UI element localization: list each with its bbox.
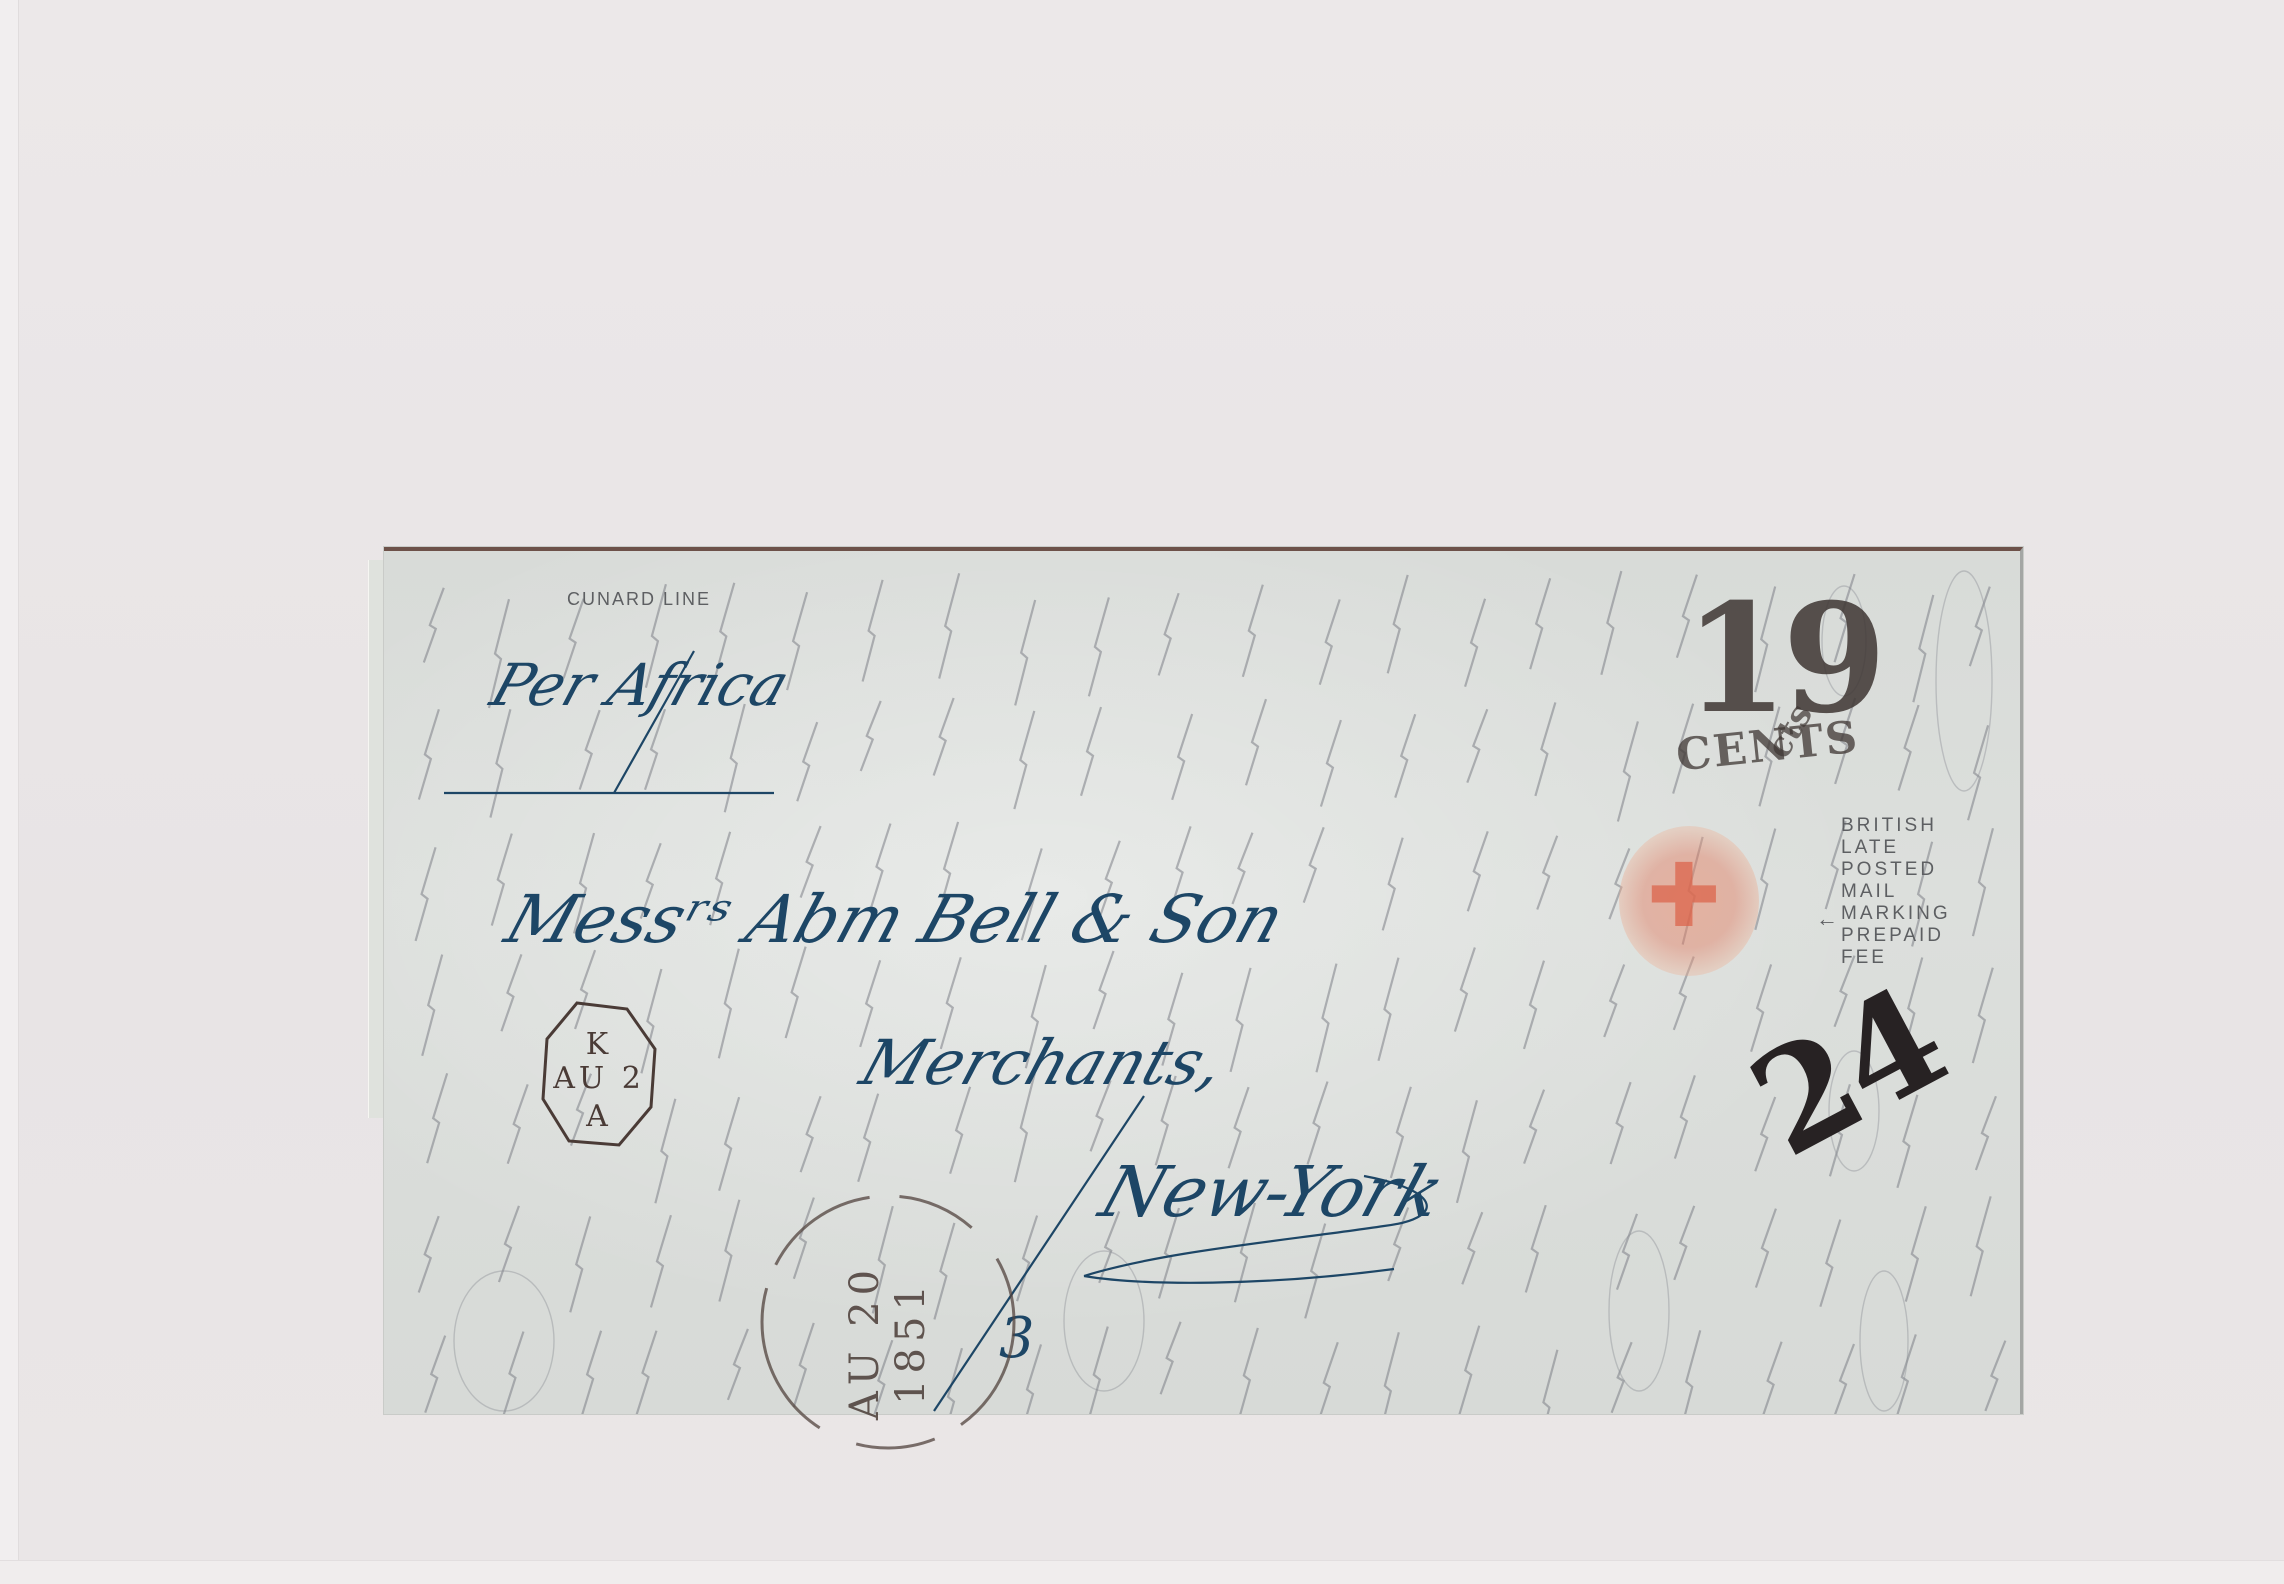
note-line: BRITISH bbox=[1841, 815, 1951, 837]
pencil-note-late-fee: BRITISH LATE POSTED MAIL MARKING PREPAID… bbox=[1841, 815, 1951, 969]
note-line: MAIL bbox=[1841, 881, 1951, 903]
album-edge-strip bbox=[0, 0, 19, 1584]
octagon-line-1: K bbox=[539, 1027, 659, 1062]
addressee-name: Messʳˢ Abm Bell & Son bbox=[496, 881, 1293, 958]
circular-datestamp: AU 20 1851 bbox=[754, 1188, 1022, 1456]
note-line: MARKING bbox=[1841, 903, 1951, 925]
note-line: POSTED bbox=[1841, 859, 1951, 881]
album-bottom-strip bbox=[0, 1560, 2284, 1584]
note-line: PREPAID bbox=[1841, 925, 1951, 947]
note-line: LATE bbox=[1841, 837, 1951, 859]
addressee-city: New-York bbox=[1091, 1151, 1454, 1233]
route-endorsement: Per Africa bbox=[483, 651, 798, 719]
addressee-occupation: Merchants, bbox=[852, 1026, 1234, 1099]
pencil-note-cunard-line: CUNARD LINE bbox=[567, 589, 711, 610]
octagon-line-2: AU 2 bbox=[539, 1061, 659, 1096]
arrow-left-icon: ← bbox=[1816, 906, 1841, 931]
octagon-line-3: A bbox=[539, 1099, 659, 1134]
crown-cross-icon: ✚ bbox=[1647, 844, 1721, 947]
octagonal-datestamp: K AU 2 A bbox=[539, 999, 659, 1149]
late-fee-red-handstamp: ✚ bbox=[1619, 826, 1759, 976]
cds-date: AU 20 1851 bbox=[842, 1208, 934, 1476]
postal-cover: CUNARD LINE BRITISH LATE POSTED MAIL MAR… bbox=[384, 547, 2023, 1414]
